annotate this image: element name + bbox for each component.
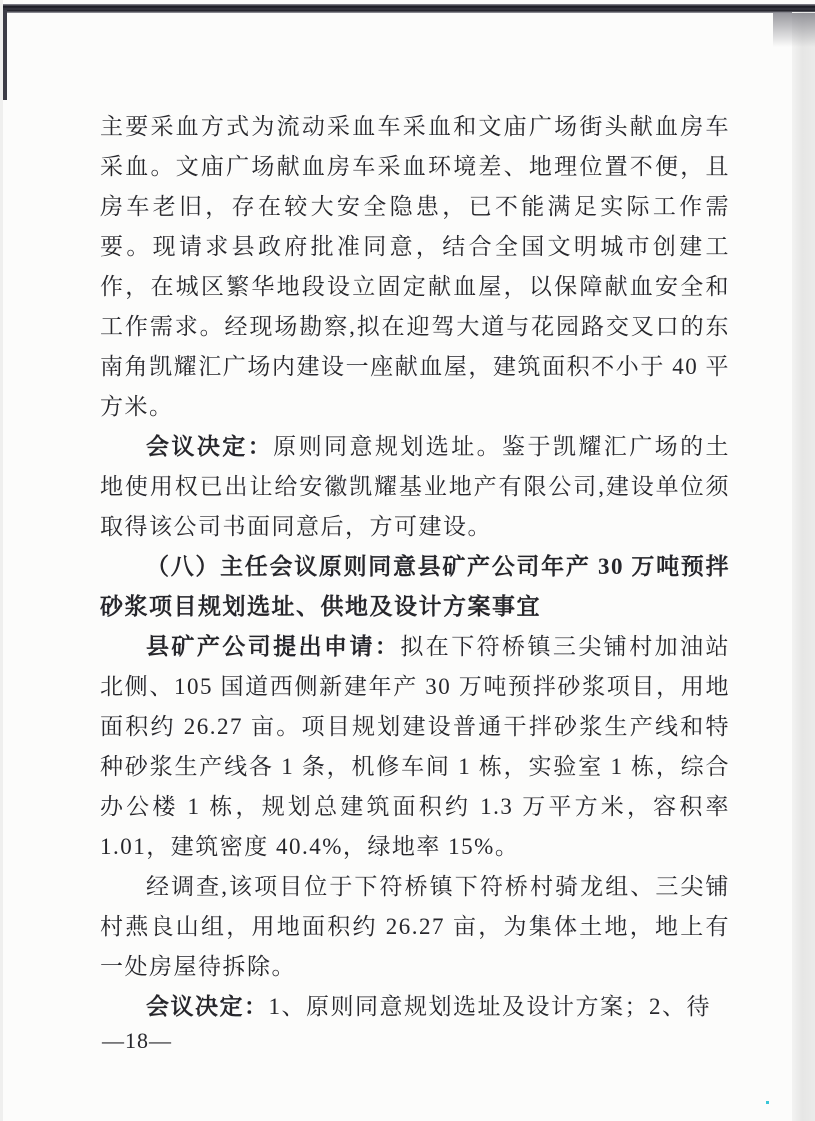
bold-text-run: 县矿产公司提出申请： xyxy=(146,634,400,659)
scan-edge-top-left-stub xyxy=(3,10,7,100)
text-run: 拟在下符桥镇三尖铺村加油站北侧、105 国道西侧新建年产 30 万吨预拌砂浆项目… xyxy=(100,634,730,859)
bold-text-run: 会议决定： xyxy=(146,994,269,1019)
paragraph: 会议决定：原则同意规划选址。鉴于凯耀汇广场的土地使用权已出让给安徽凯耀基业地产有… xyxy=(100,427,730,547)
text-run: 主要采血方式为流动采血车采血和文庙广场街头献血房车采血。文庙广场献血房车采血环境… xyxy=(100,114,730,419)
text-run: 经调查,该项目位于下符桥镇下符桥村骑龙组、三尖铺村燕良山组，用地面积约 26.2… xyxy=(100,874,730,979)
paragraph: 县矿产公司提出申请：拟在下符桥镇三尖铺村加油站北侧、105 国道西侧新建年产 3… xyxy=(100,627,730,867)
bold-text-run: （八）主任会议原则同意县矿产公司年产 30 万吨预拌砂浆项目规划选址、供地及设计… xyxy=(100,554,730,619)
paragraph: 主要采血方式为流动采血车采血和文庙广场街头献血房车采血。文庙广场献血房车采血环境… xyxy=(100,107,730,427)
page-number: —18— xyxy=(102,1026,172,1056)
scan-edge-right xyxy=(792,12,815,1121)
scan-edge-right-shadow xyxy=(773,13,815,47)
scan-edge-top xyxy=(0,4,815,13)
paragraph: （八）主任会议原则同意县矿产公司年产 30 万吨预拌砂浆项目规划选址、供地及设计… xyxy=(100,547,730,627)
paragraph: 会议决定：1、原则同意规划选址及设计方案；2、待 xyxy=(100,987,730,1027)
bold-text-run: 会议决定： xyxy=(146,434,273,459)
document-body: 主要采血方式为流动采血车采血和文庙广场街头献血房车采血。文庙广场献血房车采血环境… xyxy=(100,107,730,1027)
text-run: 1、原则同意规划选址及设计方案；2、待 xyxy=(269,994,712,1019)
scanned-document-page: 主要采血方式为流动采血车采血和文庙广场街头献血房车采血。文庙广场献血房车采血环境… xyxy=(0,0,815,1121)
paragraph: 经调查,该项目位于下符桥镇下符桥村骑龙组、三尖铺村燕良山组，用地面积约 26.2… xyxy=(100,867,730,987)
scan-edge-left xyxy=(0,0,3,1121)
scan-speck xyxy=(766,1101,769,1104)
